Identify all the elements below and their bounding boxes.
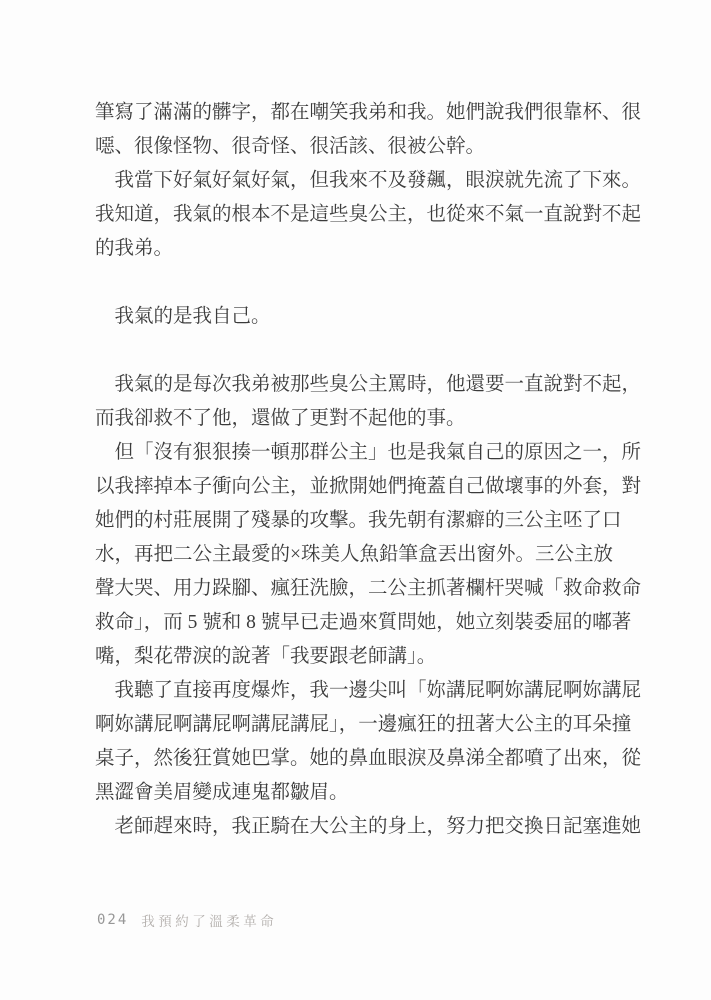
text-line: 筆寫了滿滿的髒字，都在嘲笑我弟和我。她們說我們很靠杯、很 xyxy=(95,96,661,130)
page-number: 024 xyxy=(97,912,128,928)
text-line: 我當下好氣好氣好氣，但我來不及發飆，眼淚就先流了下來。 xyxy=(95,164,661,198)
book-page: 筆寫了滿滿的髒字，都在嘲笑我弟和我。她們說我們很靠杯、很噁、很像怪物、很奇怪、很… xyxy=(0,0,711,1000)
running-title: 我預約了溫柔革命 xyxy=(141,910,277,930)
text-line: 啊妳講屁啊講屁啊講屁講屁」，一邊瘋狂的扭著大公主的耳朵撞 xyxy=(95,708,661,742)
text-line: 但「沒有狠狠揍一頓那群公主」也是我氣自己的原因之一，所 xyxy=(95,436,661,470)
text-line: 桌子，然後狂賞她巴掌。她的鼻血眼淚及鼻涕全都噴了出來，從 xyxy=(95,742,661,776)
text-line: 聲大哭、用力跺腳、瘋狂洗臉，二公主抓著欄杆哭喊「救命救命 xyxy=(95,572,661,606)
text-line: 黑澀會美眉變成連鬼都皺眉。 xyxy=(95,776,661,810)
text-line: 我氣的是每次我弟被那些臭公主罵時，他還要一直說對不起， xyxy=(95,368,661,402)
text-line: 我知道，我氣的根本不是這些臭公主，也從來不氣一直說對不起 xyxy=(95,198,661,232)
text-line: 噁、很像怪物、很奇怪、很活該、很被公幹。 xyxy=(95,130,661,164)
page-footer: 024 我預約了溫柔革命 xyxy=(97,910,277,930)
text-line: 而我卻救不了他，還做了更對不起他的事。 xyxy=(95,402,661,436)
text-line: 以我摔掉本子衝向公主，並掀開她們掩蓋自己做壞事的外套，對 xyxy=(95,470,661,504)
text-line: 水，再把二公主最愛的×珠美人魚鉛筆盒丟出窗外。三公主放 xyxy=(95,538,661,572)
text-line: 的我弟。 xyxy=(95,232,661,266)
text-line: 救命」，而 5 號和 8 號早已走過來質問她，她立刻裝委屈的嘟著 xyxy=(95,606,661,640)
text-line: 嘴，梨花帶淚的說著「我要跟老師講」。 xyxy=(95,640,661,674)
text-line: 我聽了直接再度爆炸，我一邊尖叫「妳講屁啊妳講屁啊妳講屁 xyxy=(95,674,661,708)
text-line: 老師趕來時，我正騎在大公主的身上，努力把交換日記塞進她 xyxy=(95,810,661,844)
text-line: 她們的村莊展開了殘暴的攻擊。我先朝有潔癖的三公主呸了口 xyxy=(95,504,661,538)
text-line xyxy=(95,334,661,368)
text-line xyxy=(95,266,661,300)
text-line: 我氣的是我自己。 xyxy=(95,300,661,334)
body-text: 筆寫了滿滿的髒字，都在嘲笑我弟和我。她們說我們很靠杯、很噁、很像怪物、很奇怪、很… xyxy=(95,96,661,844)
